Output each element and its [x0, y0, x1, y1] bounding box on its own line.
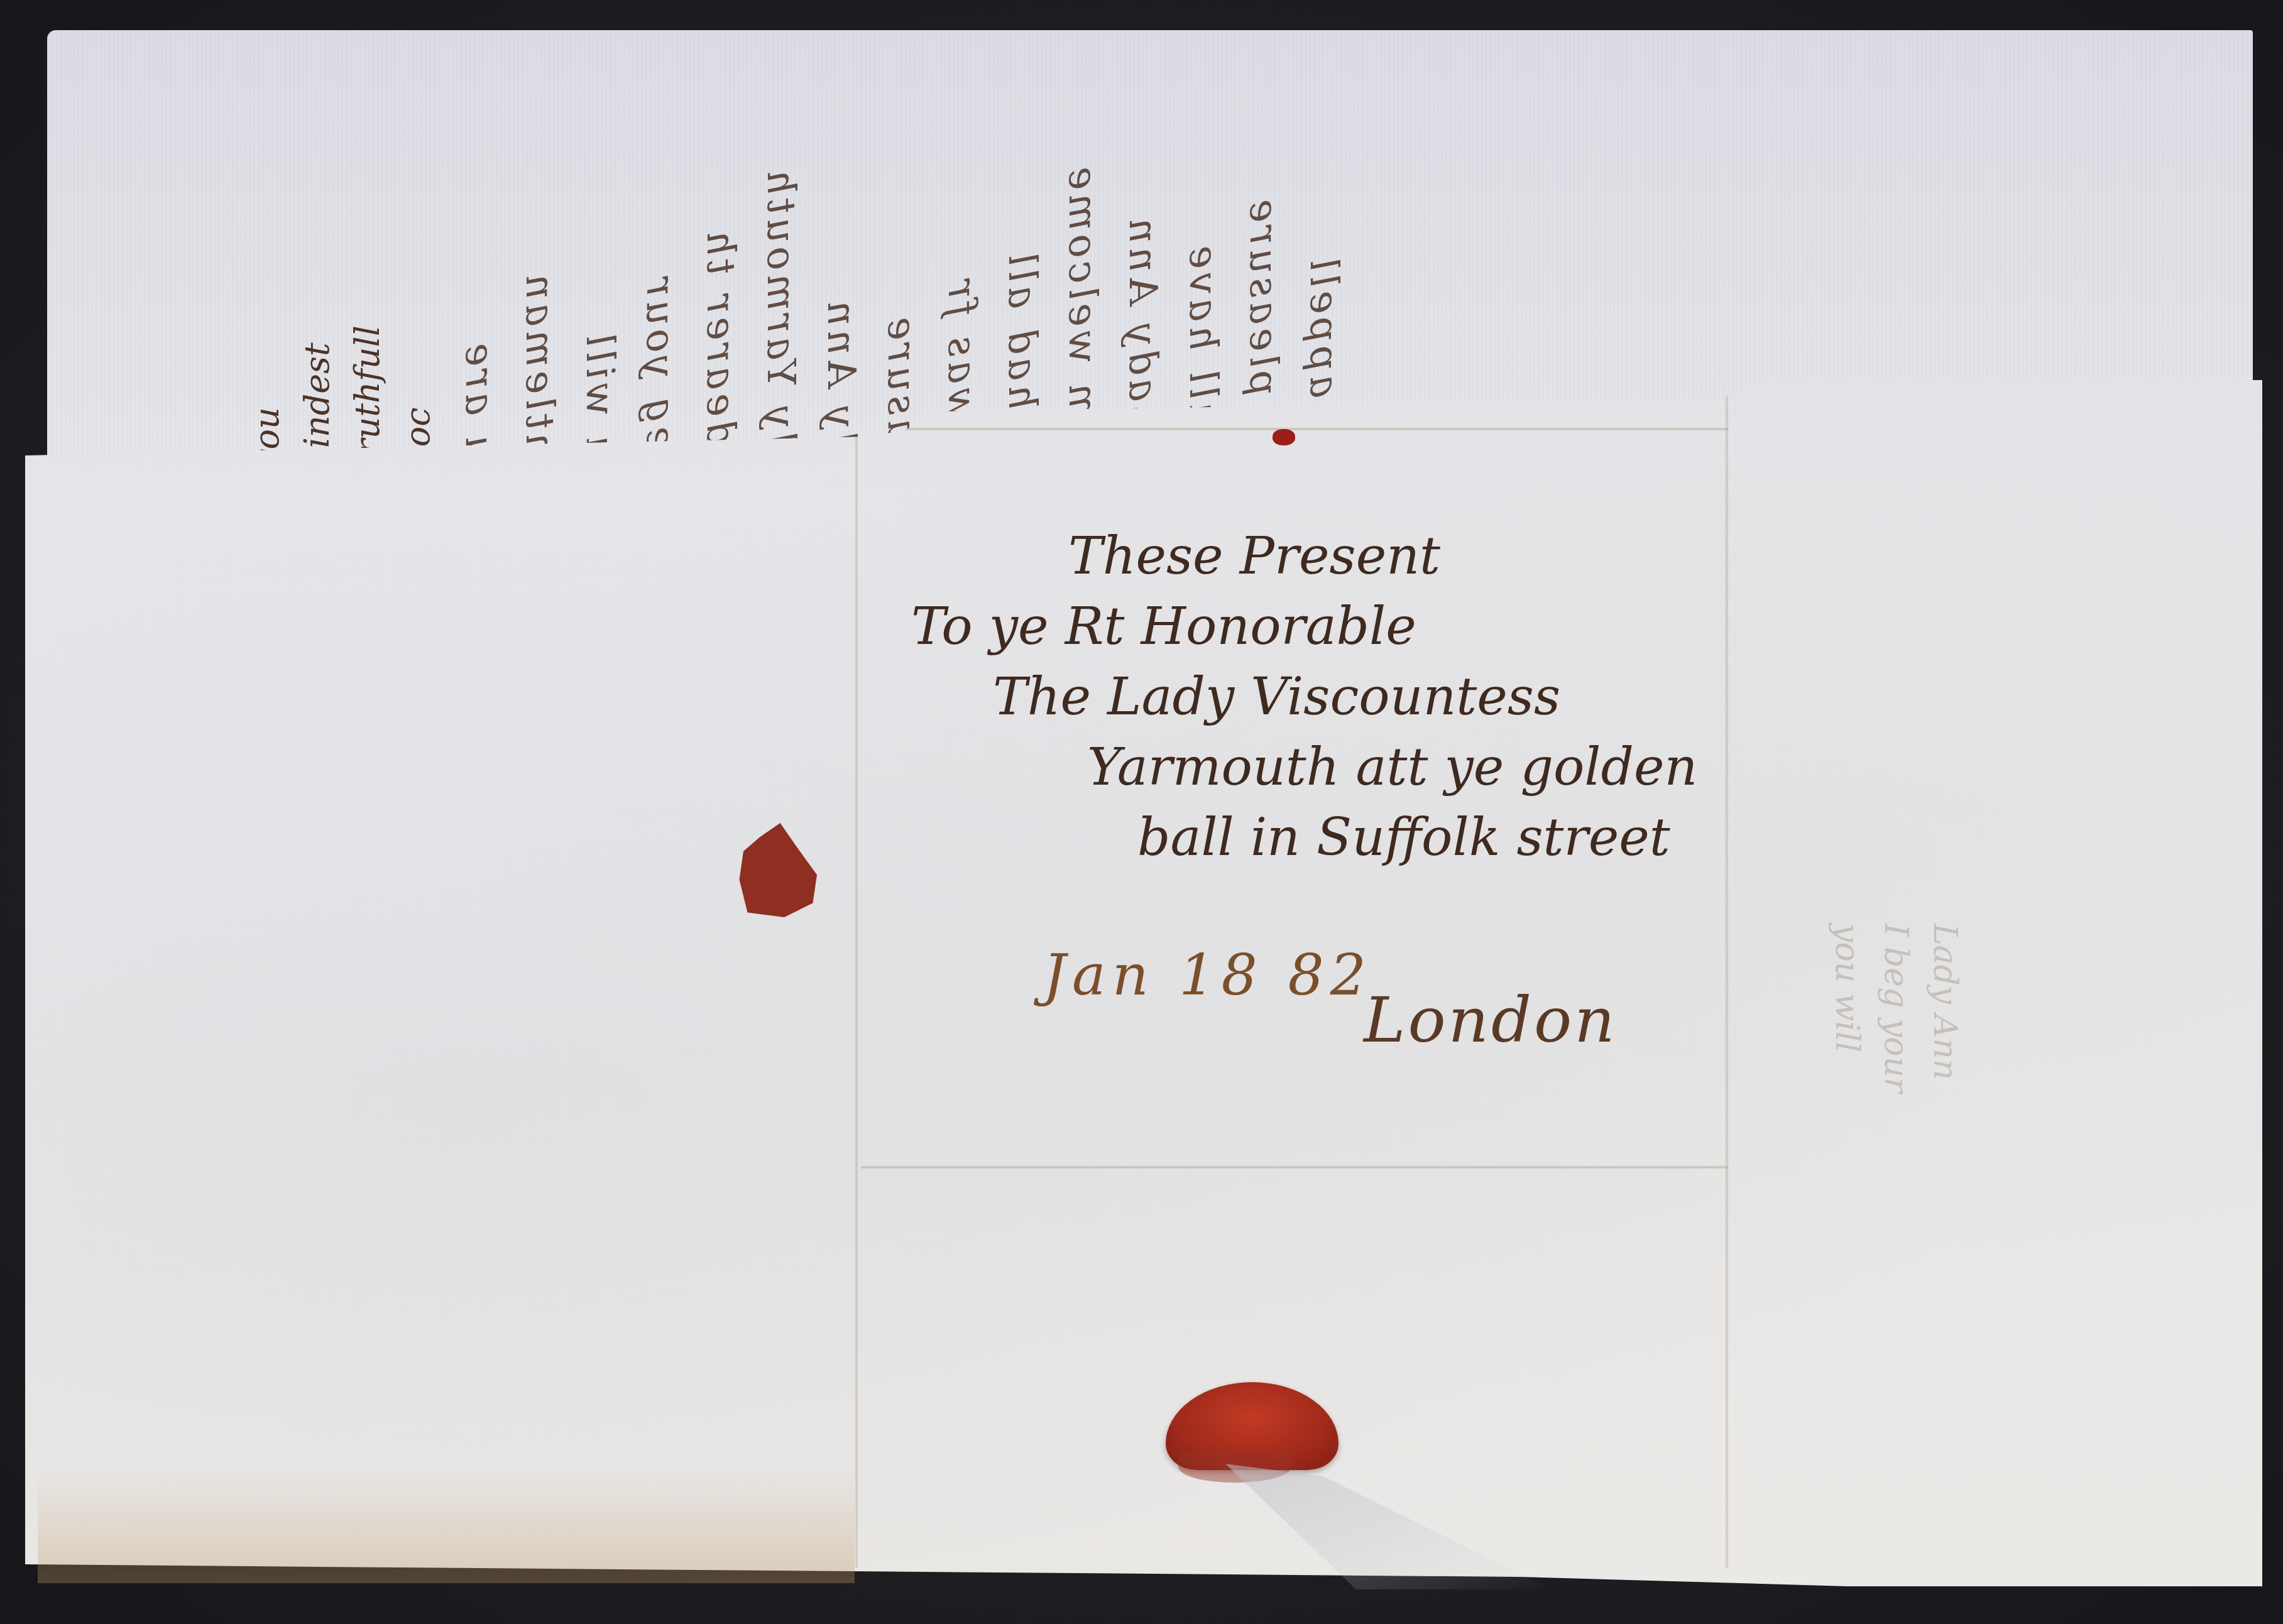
fold-line [861, 427, 1728, 431]
address-line: The Lady Viscountess [993, 662, 1697, 733]
address-line: ball in Suffolk street [1137, 803, 1697, 873]
postmark-date: Jan 18 82 [1043, 942, 1372, 1008]
edge-stain [38, 1470, 855, 1583]
fold-line [861, 1165, 1728, 1169]
address-line: These Present [1068, 521, 1697, 592]
fold-line [855, 380, 858, 1567]
address-line: To ye Rt Honorable [911, 592, 1697, 662]
signoff-line: truthfull [348, 325, 387, 469]
address-line: Yarmouth att ye golden [1087, 733, 1697, 803]
address-block: These Present To ye Rt Honorable The Lad… [892, 521, 1697, 873]
ghost-line: Lady Ann [1926, 924, 1964, 1080]
fold-line [1725, 380, 1729, 1567]
postmark-city: London [1364, 983, 1618, 1057]
show-through-text: Lady Ann I beg your you will [1822, 924, 1969, 1426]
ghost-line: you will [1828, 924, 1866, 1052]
wax-seal-fragment-icon [1273, 429, 1295, 445]
ghost-line: I beg your [1877, 924, 1915, 1093]
